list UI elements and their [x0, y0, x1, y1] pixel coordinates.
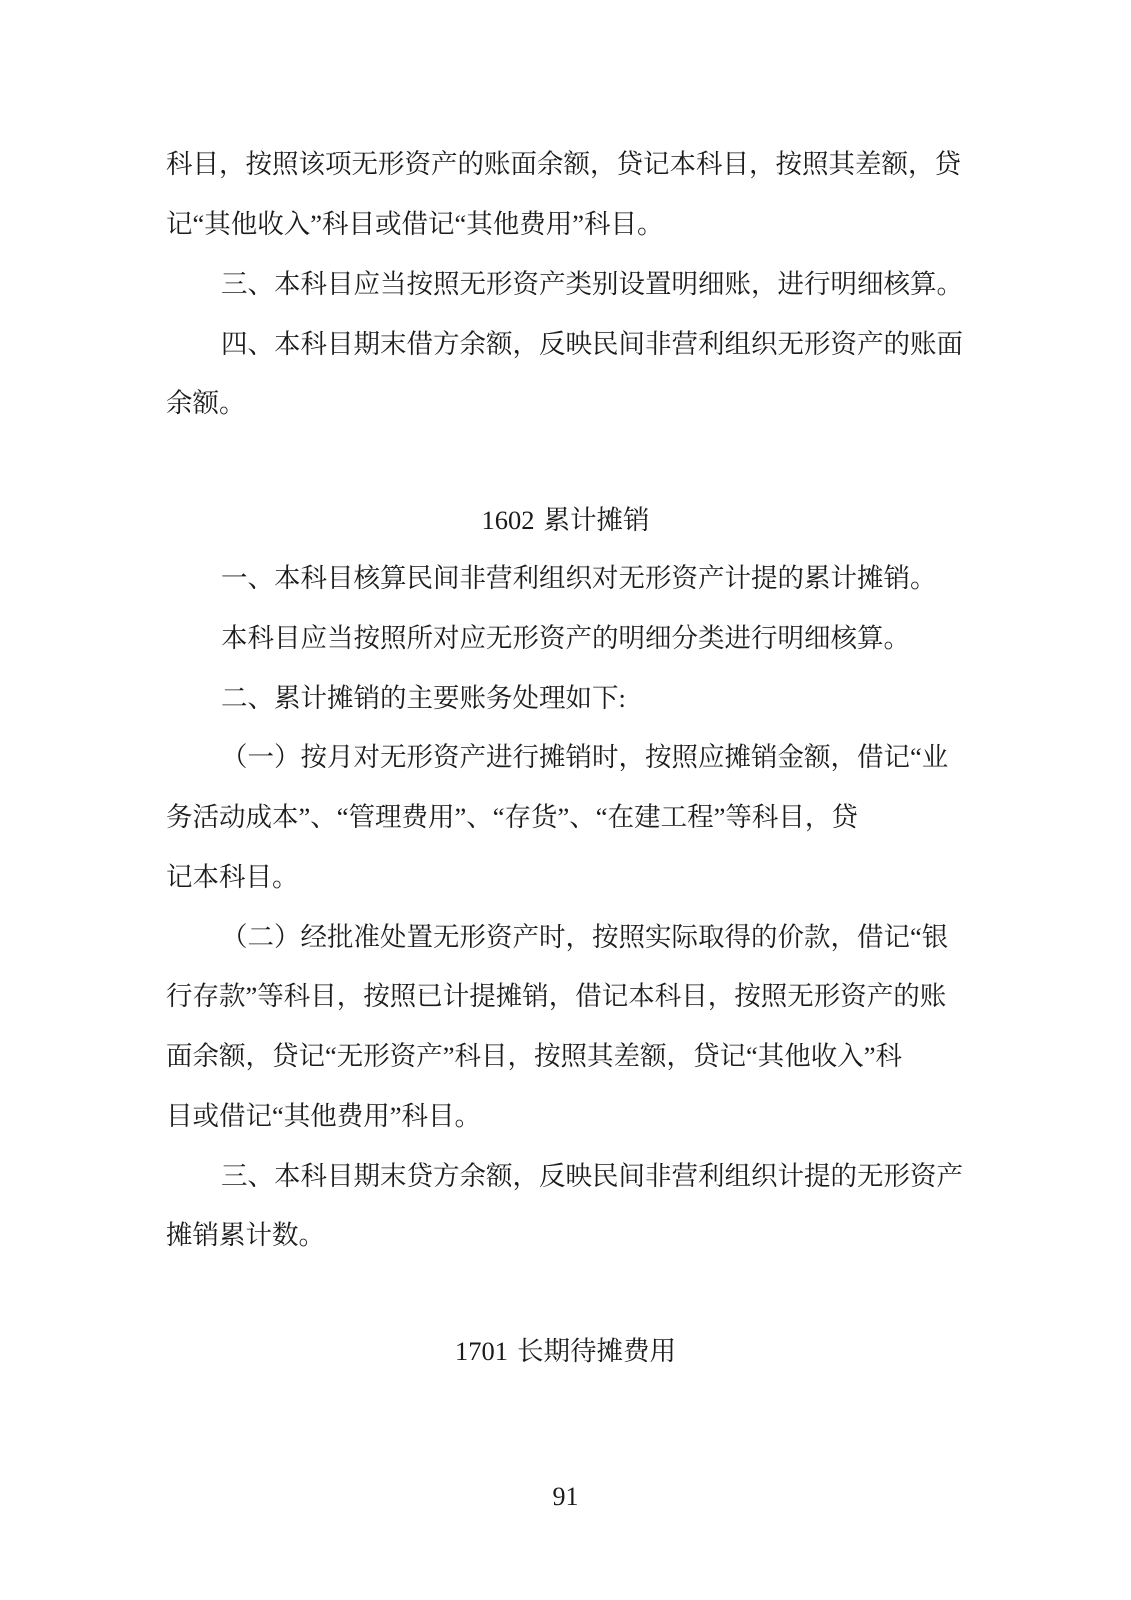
- body-line: 三、本科目期末贷方余额，反映民间非营利组织计提的无形资产: [166, 1163, 966, 1191]
- body-line: 一、本科目核算民间非营利组织对无形资产计提的累计摊销。: [166, 565, 966, 593]
- section-heading-code: 1701: [455, 1336, 508, 1366]
- page-number: 91: [0, 1484, 1131, 1510]
- body-line: 二、累计摊销的主要账务处理如下:: [166, 685, 966, 713]
- body-line: 本科目应当按照所对应无形资产的明细分类进行明细核算。: [166, 625, 966, 653]
- body-line: 务活动成本”、“管理费用”、“存货”、“在建工程”等科目，贷: [166, 804, 966, 832]
- body-line: 行存款”等科目，按照已计提摊销，借记本科目，按照无形资产的账: [166, 983, 966, 1011]
- body-line: 记本科目。: [166, 864, 966, 892]
- section-heading-title: 累计摊销: [544, 505, 650, 535]
- body-line: 记“其他收入”科目或借记“其他费用”科目。: [166, 211, 966, 239]
- section-heading-code: 1602: [482, 505, 535, 535]
- section-heading: 1602累计摊销: [0, 507, 1131, 535]
- body-line: 科目，按照该项无形资产的账面余额，贷记本科目，按照其差额，贷: [166, 151, 966, 179]
- body-line: 摊销累计数。: [166, 1222, 966, 1250]
- body-line: （二）经批准处置无形资产时，按照实际取得的价款，借记“银: [166, 924, 966, 952]
- body-line: 目或借记“其他费用”科目。: [166, 1103, 966, 1131]
- section-heading-title: 长期待摊费用: [517, 1336, 676, 1366]
- body-line: 面余额，贷记“无形资产”科目，按照其差额，贷记“其他收入”科: [166, 1043, 966, 1071]
- body-line: 余额。: [166, 390, 966, 418]
- body-line: 四、本科目期末借方余额，反映民间非营利组织无形资产的账面: [166, 331, 966, 359]
- body-line: （一）按月对无形资产进行摊销时，按照应摊销金额，借记“业: [166, 744, 966, 772]
- body-line: 三、本科目应当按照无形资产类别设置明细账，进行明细核算。: [166, 271, 966, 299]
- section-heading: 1701长期待摊费用: [0, 1338, 1131, 1366]
- document-page: 科目，按照该项无形资产的账面余额，贷记本科目，按照其差额，贷记“其他收入”科目或…: [0, 0, 1131, 1600]
